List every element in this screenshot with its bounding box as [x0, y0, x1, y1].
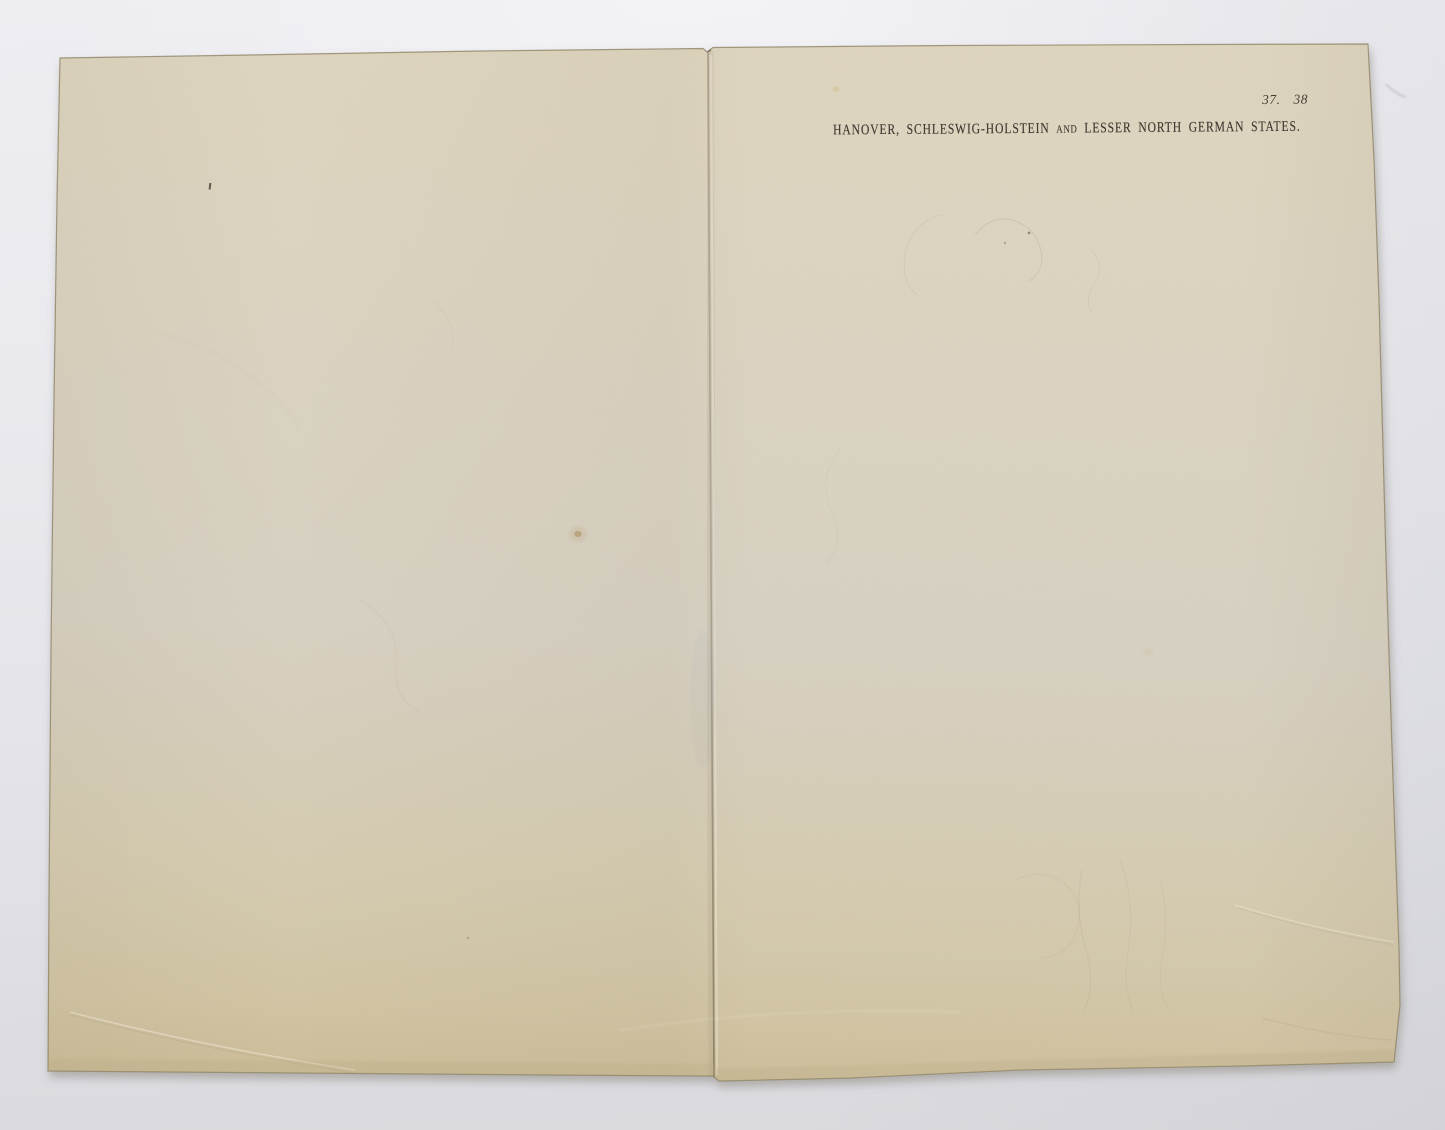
photograph-backdrop: 37.38 HANOVER, SCHLESWIG-HOLSTEIN and LE…: [0, 0, 1445, 1130]
sheet-title-conjunction: and: [1056, 123, 1077, 135]
sheet-title-part1: HANOVER, SCHLESWIG-HOLSTEIN: [833, 119, 1050, 138]
plate-number-left: 37.: [1262, 92, 1281, 107]
plate-number-right: 38: [1293, 92, 1308, 107]
sheet-title: HANOVER, SCHLESWIG-HOLSTEIN and LESSER N…: [833, 117, 1301, 139]
plate-numbers: 37.38: [1262, 92, 1308, 108]
sheet-title-part2: LESSER NORTH GERMAN STATES.: [1084, 117, 1300, 136]
backdrop-crease: [1386, 84, 1406, 97]
atlas-sheet-photo: [0, 0, 1445, 1130]
paper-sheet: [40, 40, 1410, 1090]
